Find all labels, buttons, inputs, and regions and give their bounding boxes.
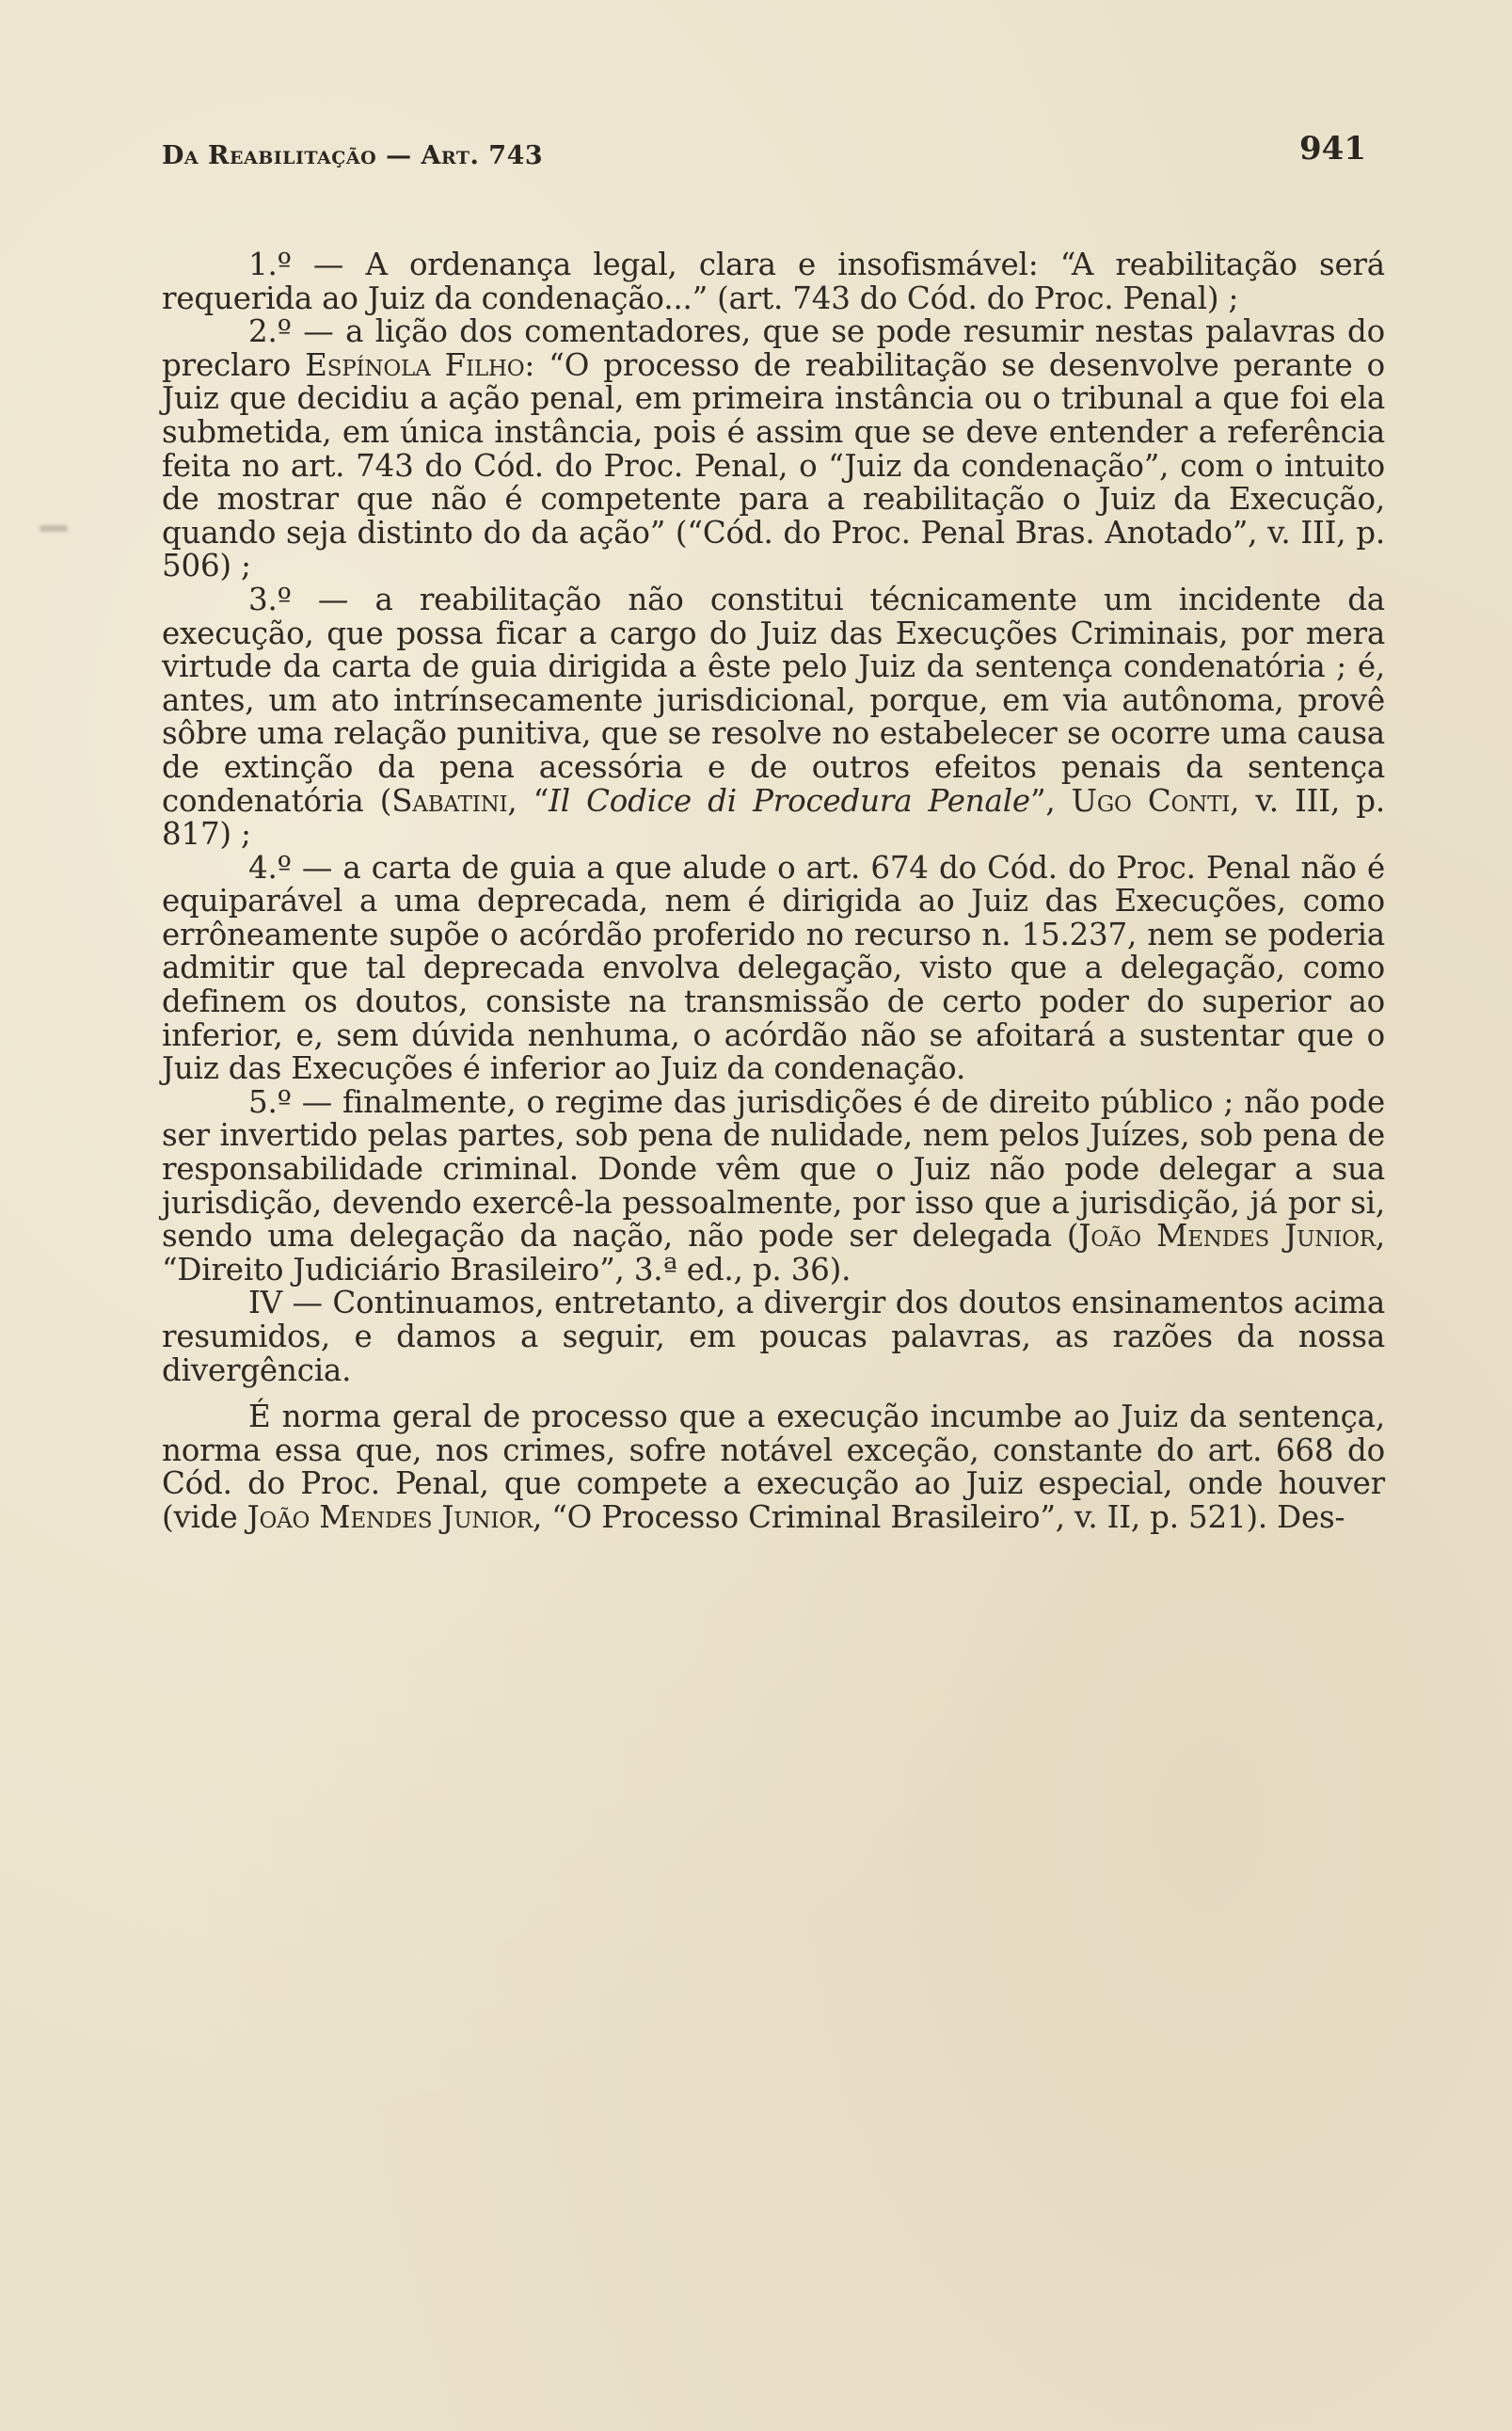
margin-smudge <box>40 525 68 532</box>
author-name: João Mendes Junior <box>1078 1218 1375 1254</box>
book-page: Da Reabilitação — Art. 743 941 1.º — A o… <box>162 122 1385 1535</box>
author-name: Sabatini <box>391 783 507 819</box>
running-head-title: Da Reabilitação — Art. 743 <box>162 141 543 170</box>
text-run: IV — Continuamos, entretanto, a divergir… <box>162 1285 1385 1387</box>
text-run: 4.º — a carta de guia a que alude o art.… <box>162 850 1385 1087</box>
paragraph-item-2: 2.º — a lição dos comentadores, que se p… <box>162 315 1385 584</box>
book-title: Il Codice di Procedura Penale <box>549 783 1030 819</box>
page-number: 941 <box>1299 130 1366 168</box>
author-name: João Mendes Junior <box>247 1499 533 1535</box>
paragraph-item-5: 5.º — finalmente, o regime das jurisdiçõ… <box>162 1086 1385 1287</box>
paragraph-norma-geral: É norma geral de processo que a execução… <box>162 1400 1385 1534</box>
text-run: 1.º — A ordenança legal, clara e insofis… <box>162 247 1385 316</box>
author-name: Espínola Filho <box>305 347 524 383</box>
text-run: : “O processo de reabilitação se desenvo… <box>162 347 1385 584</box>
text-run: ”, <box>1030 783 1072 819</box>
text-run: , “ <box>507 783 549 819</box>
paragraph-item-3: 3.º — a reabilitação não constitui técni… <box>162 584 1385 852</box>
running-head: Da Reabilitação — Art. 743 941 <box>162 122 1385 188</box>
author-name: Ugo Conti <box>1072 783 1230 819</box>
paragraph-item-4: 4.º — a carta de guia a que alude o art.… <box>162 852 1385 1086</box>
body-text: 1.º — A ordenança legal, clara e insofis… <box>162 248 1385 1535</box>
paragraph-item-1: 1.º — A ordenança legal, clara e insofis… <box>162 248 1385 315</box>
paragraph-section-iv: IV — Continuamos, entretanto, a divergir… <box>162 1287 1385 1387</box>
text-run: , “O Processo Criminal Brasileiro”, v. I… <box>533 1499 1345 1535</box>
